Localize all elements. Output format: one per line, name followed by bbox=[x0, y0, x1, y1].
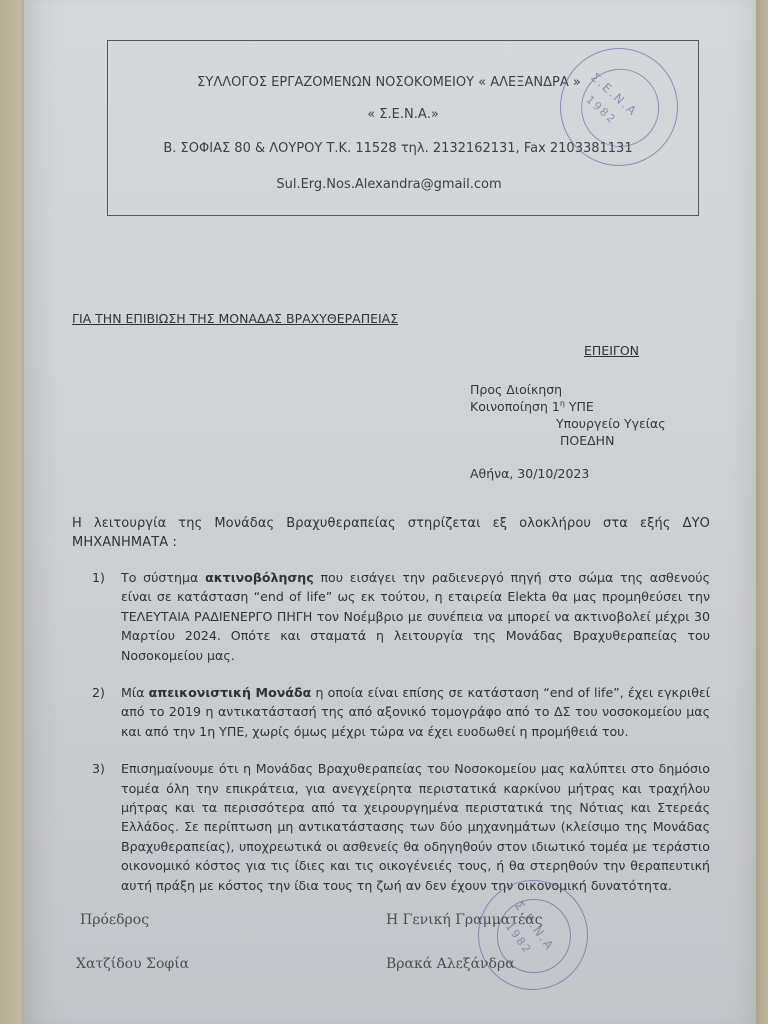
president-name: Χατζίδου Σοφία bbox=[76, 956, 189, 972]
recipient-ministry: Υπουργείο Υγείας bbox=[470, 415, 666, 432]
list-item-number: 1) bbox=[92, 568, 105, 587]
list-item: 3) Επισημαίνουμε ότι η Μονάδας Βραχυθερα… bbox=[92, 759, 710, 895]
list-item-number: 2) bbox=[92, 683, 105, 702]
president-role: Πρόεδρος bbox=[80, 912, 149, 928]
desk-surface-left bbox=[0, 0, 26, 1024]
list-item: 1) Το σύστημα ακτινοβόλησης που εισάγει … bbox=[92, 568, 710, 665]
list-item: 2) Μία απεικονιστική Μονάδα η οποία είνα… bbox=[92, 683, 710, 741]
list-item-number: 3) bbox=[92, 759, 105, 778]
document-date: Αθήνα, 30/10/2023 bbox=[470, 466, 589, 481]
urgency-label: ΕΠΕΙΓΟΝ bbox=[584, 343, 639, 358]
desk-surface-right bbox=[754, 0, 768, 1024]
recipient-to: Προς Διοίκηση bbox=[470, 381, 666, 398]
organization-email: Sul.Erg.Nos.Alexandra@gmail.com bbox=[80, 177, 698, 192]
recipient-federation: ΠΟΕΔΗΝ bbox=[470, 432, 666, 449]
numbered-list: 1) Το σύστημα ακτινοβόλησης που εισάγει … bbox=[92, 568, 710, 913]
recipients-block: Προς Διοίκηση Κοινοποίηση 1η ΥΠΕ Υπουργε… bbox=[470, 381, 666, 449]
intro-paragraph: Η λειτουργία της Μονάδας Βραχυθεραπείας … bbox=[72, 514, 710, 552]
document-title: ΓΙΑ ΤΗΝ ΕΠΙΒΙΩΣΗ ΤΗΣ ΜΟΝΑΔΑΣ ΒΡΑΧΥΘΕΡΑΠΕ… bbox=[72, 311, 398, 326]
recipient-cc: Κοινοποίηση 1η ΥΠΕ bbox=[470, 398, 666, 415]
